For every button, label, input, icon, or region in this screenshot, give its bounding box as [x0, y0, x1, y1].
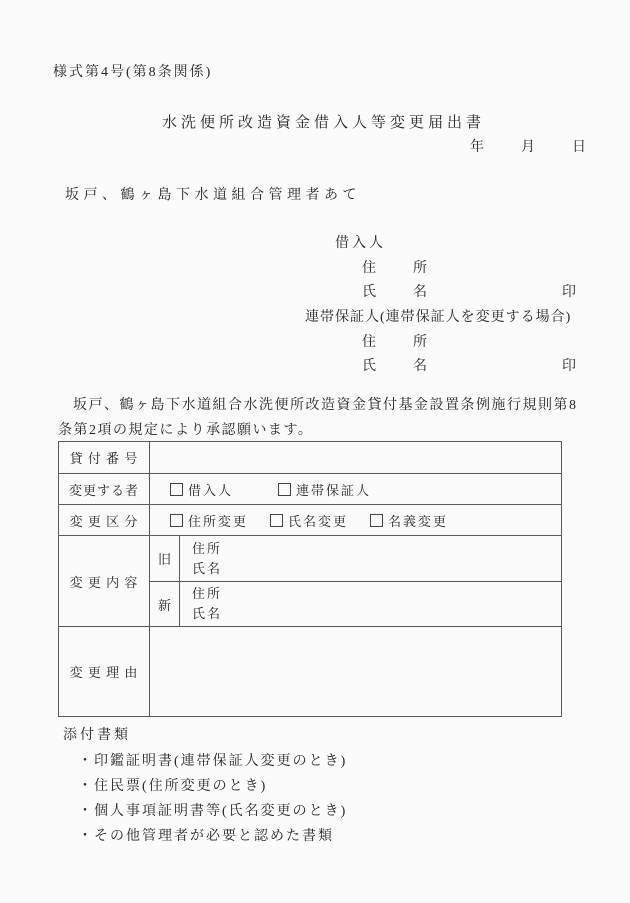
details-old-address-label: 住所: [192, 539, 222, 559]
page-title: 水洗便所改造資金借入人等変更届出書: [162, 111, 485, 132]
attachment-item: ・その他管理者が必要と認めた書類: [78, 825, 334, 845]
checkbox-guarantor[interactable]: 連帯保証人: [278, 480, 371, 499]
checkbox-title-change-label: 名義変更: [388, 511, 448, 530]
borrower-name-label: 氏 名: [362, 285, 430, 300]
borrower-name-line: 氏 名 印: [362, 281, 592, 301]
checkbox-icon: [270, 514, 283, 527]
guarantor-name-line: 氏 名 印: [362, 355, 592, 375]
category-label: 変 更 区 分: [59, 505, 150, 535]
attachment-item: ・個人事項証明書等(氏名変更のとき): [78, 800, 347, 820]
changer-label: 変更する者: [59, 474, 150, 504]
table-row-changer: 変更する者 借入人 連帯保証人: [59, 473, 561, 504]
changer-options-cell: 借入人 連帯保証人: [150, 474, 561, 504]
change-form-table: 貸 付 番 号 変更する者 借入人 連帯保証人 変 更 区 分: [58, 441, 562, 717]
loan-number-label: 貸 付 番 号: [59, 442, 150, 473]
reason-label: 変 更 理 由: [59, 627, 150, 716]
guarantor-name-label: 氏 名: [362, 359, 430, 374]
category-options-cell: 住所変更 氏名変更 名義変更: [150, 505, 561, 535]
loan-number-value-cell[interactable]: [150, 442, 561, 473]
checkbox-name-change[interactable]: 氏名変更: [270, 511, 348, 530]
checkbox-address-change[interactable]: 住所変更: [170, 511, 248, 530]
reason-value-cell[interactable]: [150, 627, 561, 716]
request-paragraph-line2: 条第2項の規定により承認願います。: [58, 418, 578, 443]
borrower-seal-label: 印: [562, 281, 576, 301]
table-row-reason: 変 更 理 由: [59, 626, 561, 716]
checkbox-icon: [170, 483, 183, 496]
guarantor-heading: 連帯保証人(連帯保証人を変更する場合): [305, 306, 571, 326]
details-label: 変 更 内 容: [59, 536, 150, 626]
details-old-tag: 旧: [150, 536, 180, 581]
details-new-name-label: 氏名: [192, 604, 222, 624]
details-new-fields[interactable]: 住所 氏名: [180, 582, 222, 626]
checkbox-borrower[interactable]: 借入人: [170, 480, 233, 499]
details-new-tag: 新: [150, 582, 180, 626]
request-paragraph-line1: 坂戸、鶴ヶ島下水道組合水洗便所改造資金貸付基金設置条例施行規則第8: [58, 393, 578, 418]
details-old-fields[interactable]: 住所 氏名: [180, 536, 222, 581]
attachments-heading: 添付書類: [63, 724, 131, 744]
table-row-details: 変 更 内 容 旧 住所 氏名 新 住所 氏名: [59, 535, 561, 626]
attachment-item: ・印鑑証明書(連帯保証人変更のとき): [78, 750, 347, 770]
borrower-heading: 借入人: [335, 232, 386, 252]
checkbox-icon: [370, 514, 383, 527]
checkbox-borrower-label: 借入人: [188, 480, 233, 499]
guarantor-address-label: 住 所: [362, 331, 430, 351]
date-line: 年 月 日: [470, 136, 589, 156]
request-paragraph: 坂戸、鶴ヶ島下水道組合水洗便所改造資金貸付基金設置条例施行規則第8 条第2項の規…: [58, 393, 578, 443]
table-row-loan-number: 貸 付 番 号: [59, 442, 561, 473]
document-page: 様式第4号(第8条関係) 水洗便所改造資金借入人等変更届出書 年 月 日 坂戸、…: [0, 0, 630, 903]
details-old-name-label: 氏名: [192, 559, 222, 579]
borrower-address-label: 住 所: [362, 257, 430, 277]
table-row-category: 変 更 区 分 住所変更 氏名変更 名義変更: [59, 504, 561, 535]
details-old-row: 旧 住所 氏名: [150, 536, 561, 581]
guarantor-seal-label: 印: [562, 355, 576, 375]
details-new-row: 新 住所 氏名: [150, 581, 561, 626]
details-new-address-label: 住所: [192, 584, 222, 604]
checkbox-name-change-label: 氏名変更: [288, 511, 348, 530]
checkbox-guarantor-label: 連帯保証人: [296, 480, 371, 499]
checkbox-title-change[interactable]: 名義変更: [370, 511, 448, 530]
details-cell: 旧 住所 氏名 新 住所 氏名: [150, 536, 561, 626]
checkbox-address-change-label: 住所変更: [188, 511, 248, 530]
form-number: 様式第4号(第8条関係): [53, 61, 212, 81]
attachment-item: ・住民票(住所変更のとき): [78, 775, 267, 795]
checkbox-icon: [278, 483, 291, 496]
addressee-line: 坂戸、鶴ヶ島下水道組合管理者あて: [65, 184, 361, 204]
checkbox-icon: [170, 514, 183, 527]
